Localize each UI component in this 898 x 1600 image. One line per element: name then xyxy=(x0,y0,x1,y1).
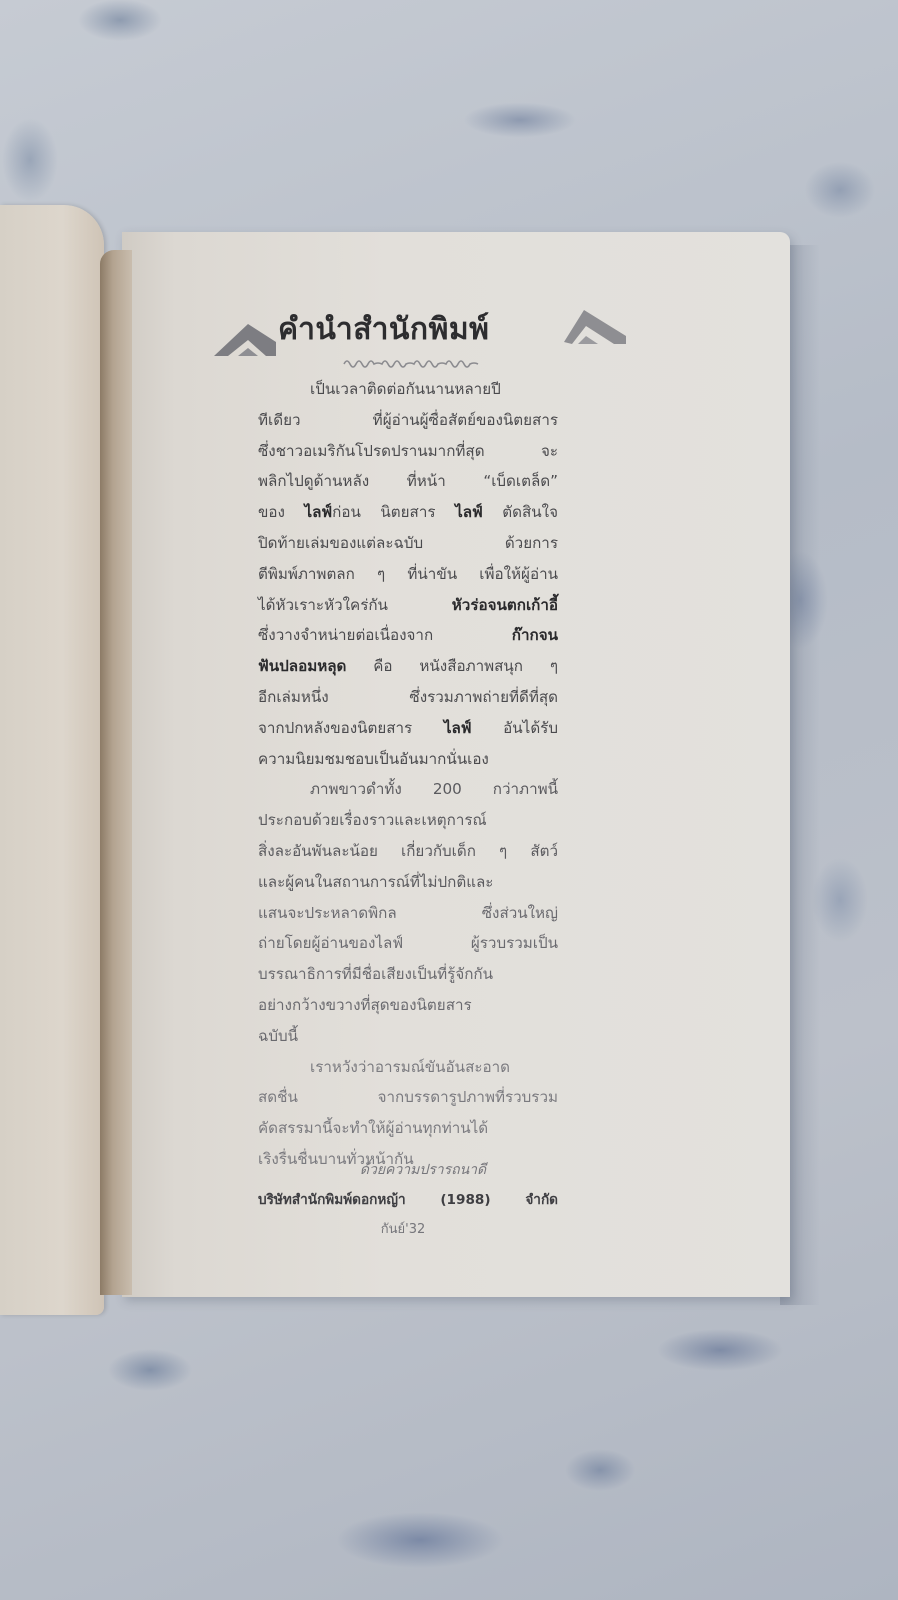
roof-chevron-icon xyxy=(564,304,626,344)
book-gutter xyxy=(100,250,132,1295)
closing-signature: ด้วยความปรารถนาดี บริษัทสำนักพิมพ์ดอกหญ้… xyxy=(258,1155,558,1245)
text-line: อีกเล่มหนึ่ง ซึ่งรวมภาพถ่ายที่ดีที่สุด xyxy=(258,682,558,713)
text-line: บรรณาธิการที่มีชื่อเสียงเป็นที่รู้จักกัน xyxy=(258,959,558,990)
text-line: อย่างกว้างขวางที่สุดของนิตยสาร xyxy=(258,990,558,1021)
text-line: เป็นเวลาติดต่อกันนานหลายปี xyxy=(258,374,558,405)
text-line: ภาพขาวดำทั้ง 200 กว่าภาพนี้ xyxy=(258,774,558,805)
text-line: ฉบับนี้ xyxy=(258,1021,558,1052)
text-line: ซึ่งวางจำหน่ายต่อเนื่องจาก ก๊ากจน xyxy=(258,620,558,651)
publication-date: กันย์'32 xyxy=(258,1215,558,1245)
closing-regards: ด้วยความปรารถนาดี xyxy=(258,1155,558,1185)
text-line: คัดสรรมานี้จะทำให้ผู้อ่านทุกท่านได้ xyxy=(258,1113,558,1144)
text-line: ฟันปลอมหลุด คือ หนังสือภาพสนุก ๆ xyxy=(258,651,558,682)
page-header: คำนำสำนักพิมพ์ xyxy=(214,302,630,358)
text-line: พลิกไปดูด้านหลัง ที่หน้า “เบ็ดเตล็ด” xyxy=(258,466,558,497)
text-line: จากปกหลังของนิตยสาร ไลฟ์ อันได้รับ xyxy=(258,713,558,744)
text-line: ได้หัวเราะหัวใคร่กัน หัวร่อจนตกเก้าอี้ xyxy=(258,590,558,621)
text-line: ปิดท้ายเล่มของแต่ละฉบับ ด้วยการ xyxy=(258,528,558,559)
text-line: ของ ไลฟ์ก่อน นิตยสาร ไลฟ์ ตัดสินใจ xyxy=(258,497,558,528)
text-line: เราหวังว่าอารมณ์ขันอันสะอาด xyxy=(258,1052,558,1083)
text-line: สดชื่น จากบรรดารูปภาพที่รวบรวม xyxy=(258,1082,558,1113)
foreword-body: เป็นเวลาติดต่อกันนานหลายปี ทีเดียว ที่ผู… xyxy=(258,374,558,1175)
text-line: ตีพิมพ์ภาพตลก ๆ ที่น่าขัน เพื่อให้ผู้อ่า… xyxy=(258,559,558,590)
text-line: ความนิยมชมชอบเป็นอันมากนั่นเอง xyxy=(258,744,558,775)
wavy-line-divider xyxy=(342,352,502,372)
text-line: ทีเดียว ที่ผู้อ่านผู้ซื่อสัตย์ของนิตยสาร xyxy=(258,405,558,436)
text-line: ถ่ายโดยผู้อ่านของไลฟ์ ผู้รวบรวมเป็น xyxy=(258,928,558,959)
text-line: และผู้คนในสถานการณ์ที่ไม่ปกติและ xyxy=(258,867,558,898)
page-title: คำนำสำนักพิมพ์ xyxy=(278,306,489,353)
text-line: ประกอบด้วยเรื่องราวและเหตุการณ์ xyxy=(258,805,558,836)
text-line: สิ่งละอันพันละน้อย เกี่ยวกับเด็ก ๆ สัตว์ xyxy=(258,836,558,867)
left-page-edge xyxy=(0,205,104,1315)
text-line: แสนจะประหลาดพิกล ซึ่งส่วนใหญ่ xyxy=(258,898,558,929)
roof-chevron-icon xyxy=(214,316,276,356)
publisher-name: บริษัทสำนักพิมพ์ดอกหญ้า (1988) จำกัด xyxy=(258,1185,558,1215)
text-line: ซึ่งชาวอเมริกันโปรดปรานมากที่สุด จะ xyxy=(258,436,558,467)
